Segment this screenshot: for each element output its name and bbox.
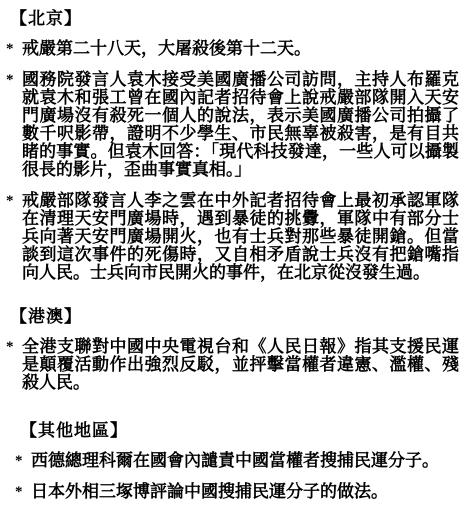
section-beijing: 【北京】 * 戒嚴第二十八天，大屠殺後第十二天。 * 國務院發言人袁木接受美國廣…: [6, 10, 459, 282]
news-item-text: 國務院發言人袁木接受美國廣播公司訪問，主持人布羅克就袁木和張工曾在國內記者招待會…: [22, 71, 459, 179]
bullet-marker: *: [6, 192, 22, 282]
document-page: 【北京】 * 戒嚴第二十八天，大屠殺後第十二天。 * 國務院發言人袁木接受美國廣…: [6, 10, 459, 501]
list-item: * 西德總理科爾在國會內譴責中國當權者搜捕民運分子。: [15, 452, 459, 470]
bullet-marker: *: [6, 71, 22, 179]
news-item-text: 全港支聯對中國中央電視台和《人民日報》指其支援民運是顛覆活動作出強烈反駁，並抨擊…: [22, 338, 459, 392]
section-heading-hongkong-macau: 【港澳】: [10, 308, 459, 326]
section-hongkong-macau: 【港澳】 * 全港支聯對中國中央電視台和《人民日報》指其支援民運是顛覆活動作出強…: [6, 308, 459, 392]
news-item-text: 西德總理科爾在國會內譴責中國當權者搜捕民運分子。: [31, 452, 459, 470]
section-heading-other-regions: 【其他地區】: [20, 422, 459, 440]
list-item: * 國務院發言人袁木接受美國廣播公司訪問，主持人布羅克就袁木和張工曾在國內記者招…: [6, 71, 459, 179]
news-item-text: 戒嚴部隊發言人李之雲在中外記者招待會上最初承認軍隊在清理天安門廣場時，遇到暴徒的…: [22, 192, 459, 282]
news-item-text: 日本外相三塚博評論中國搜捕民運分子的做法。: [31, 483, 459, 501]
bullet-marker: *: [15, 452, 31, 470]
list-item: * 戒嚴部隊發言人李之雲在中外記者招待會上最初承認軍隊在清理天安門廣場時，遇到暴…: [6, 192, 459, 282]
list-item: * 日本外相三塚博評論中國搜捕民運分子的做法。: [15, 483, 459, 501]
section-other-regions: 【其他地區】 * 西德總理科爾在國會內譴責中國當權者搜捕民運分子。 * 日本外相…: [6, 422, 459, 501]
section-heading-beijing: 【北京】: [10, 10, 459, 28]
news-item-text: 戒嚴第二十八天，大屠殺後第十二天。: [22, 40, 459, 58]
bullet-marker: *: [15, 483, 31, 501]
bullet-marker: *: [6, 40, 22, 58]
bullet-marker: *: [6, 338, 22, 392]
list-item: * 戒嚴第二十八天，大屠殺後第十二天。: [6, 40, 459, 58]
list-item: * 全港支聯對中國中央電視台和《人民日報》指其支援民運是顛覆活動作出強烈反駁，並…: [6, 338, 459, 392]
